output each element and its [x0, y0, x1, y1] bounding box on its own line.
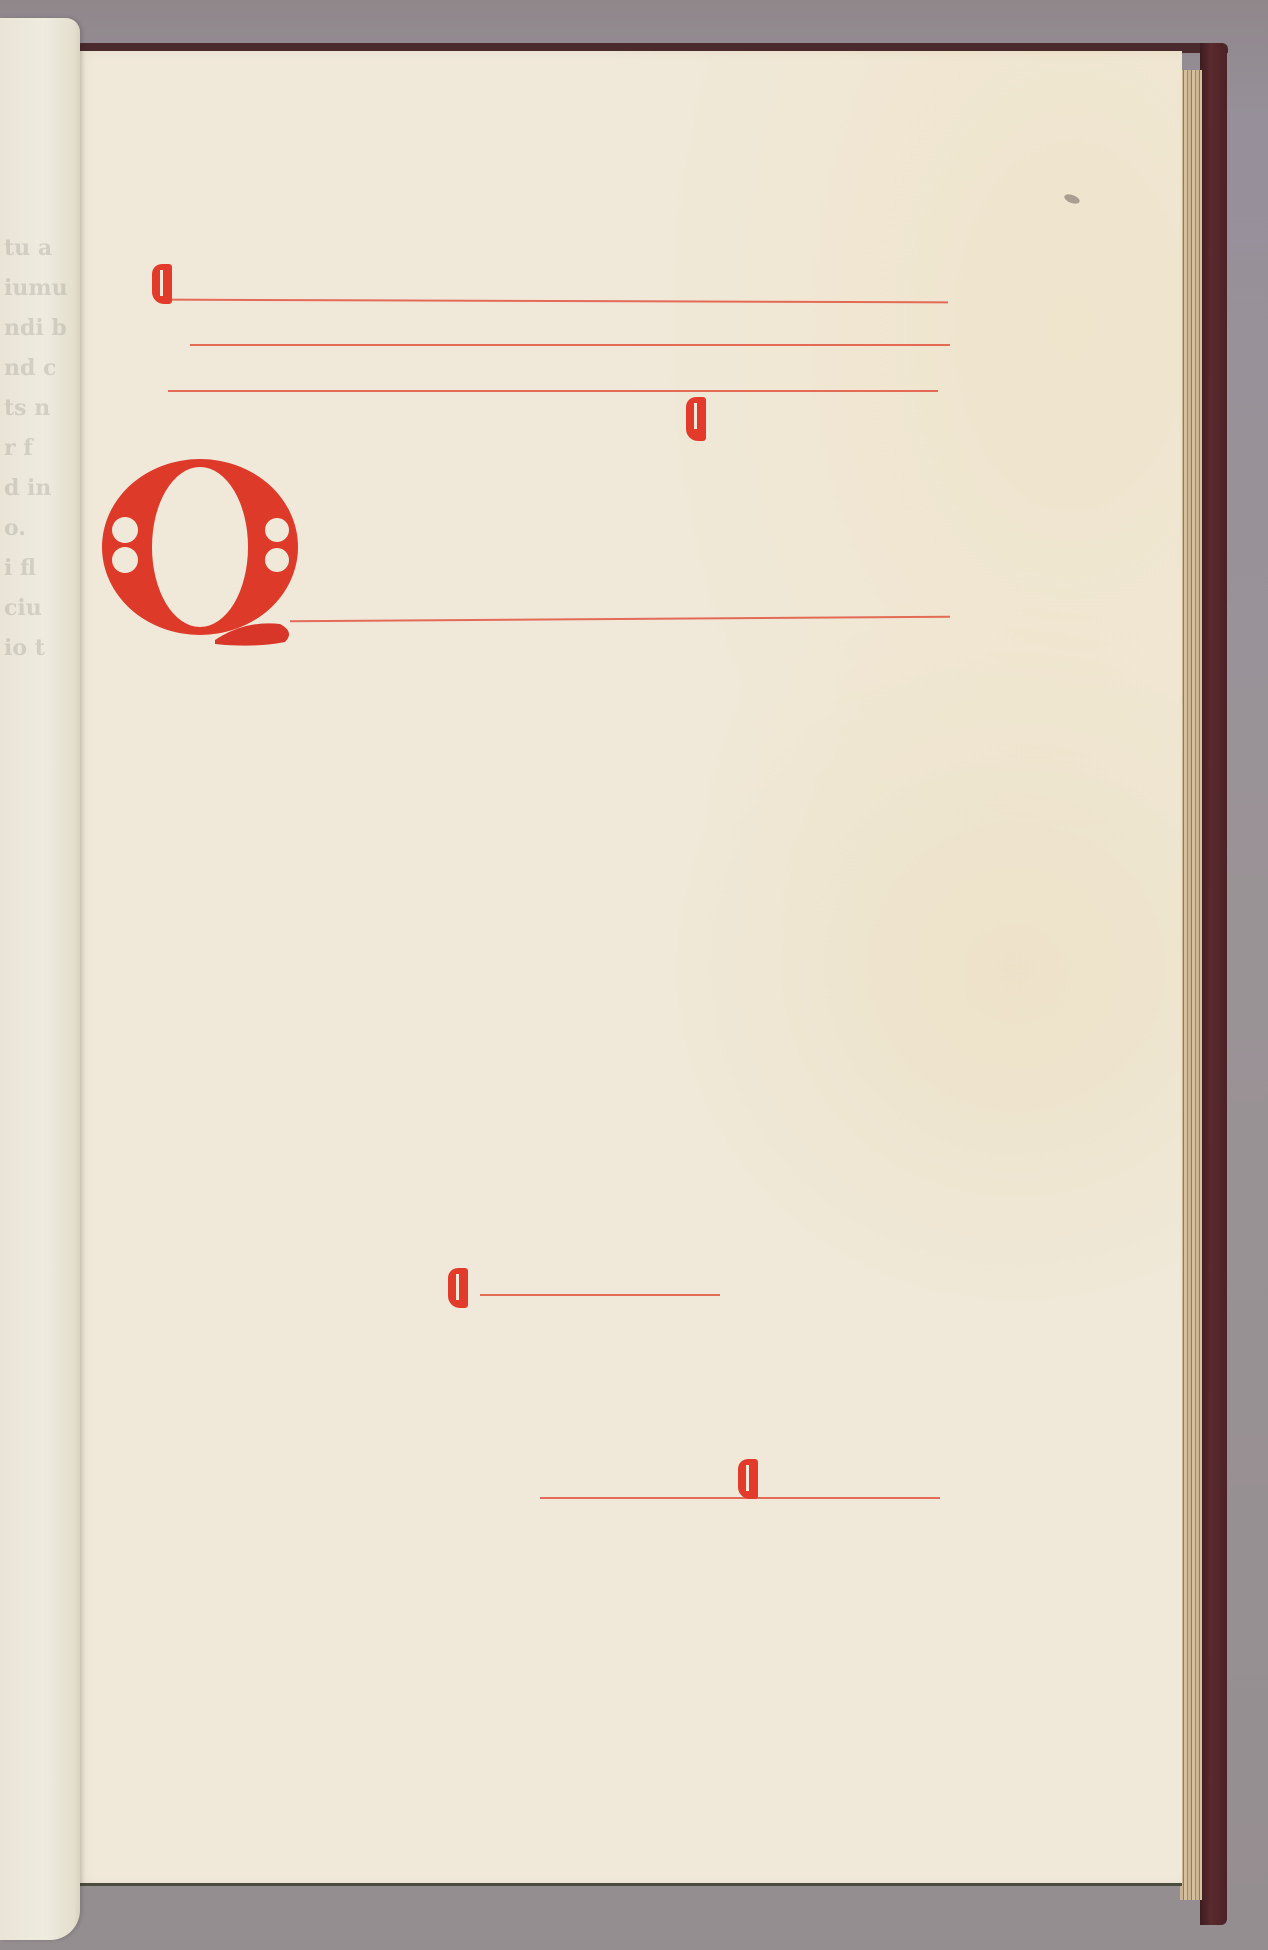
- bleed-line: o.: [4, 508, 74, 548]
- page-bottom-edge: [78, 1883, 1182, 1886]
- binding-leather-spine: [1200, 43, 1227, 1925]
- rubric-underline: [480, 1294, 720, 1296]
- left-page-bleed-through: tu a iumu ndi b nd c ts n r f d in o. i …: [4, 228, 74, 668]
- pilcrow-mark: [152, 264, 172, 304]
- pilcrow-mark: [738, 1459, 758, 1499]
- bleed-line: iumu: [4, 268, 74, 308]
- bleed-line: r f: [4, 428, 74, 468]
- bleed-line: nd c: [4, 348, 74, 388]
- bleed-line: io t: [4, 628, 74, 668]
- rubric-underline: [168, 390, 938, 392]
- bleed-line: ndi b: [4, 308, 74, 348]
- bleed-line: i fl: [4, 548, 74, 588]
- bleed-line: d in: [4, 468, 74, 508]
- decorated-initial-q: [95, 452, 310, 647]
- bleed-line: tu a: [4, 228, 74, 268]
- right-page: [78, 51, 1182, 1885]
- bleed-line: ciu: [4, 588, 74, 628]
- pilcrow-mark: [686, 397, 706, 441]
- pilcrow-mark: [448, 1268, 468, 1308]
- page-edges: [1180, 70, 1202, 1900]
- rubric-underline: [190, 344, 950, 346]
- rubric-underline: [540, 1497, 940, 1499]
- left-page-curl: tu a iumu ndi b nd c ts n r f d in o. i …: [0, 18, 80, 1940]
- bleed-line: ts n: [4, 388, 74, 428]
